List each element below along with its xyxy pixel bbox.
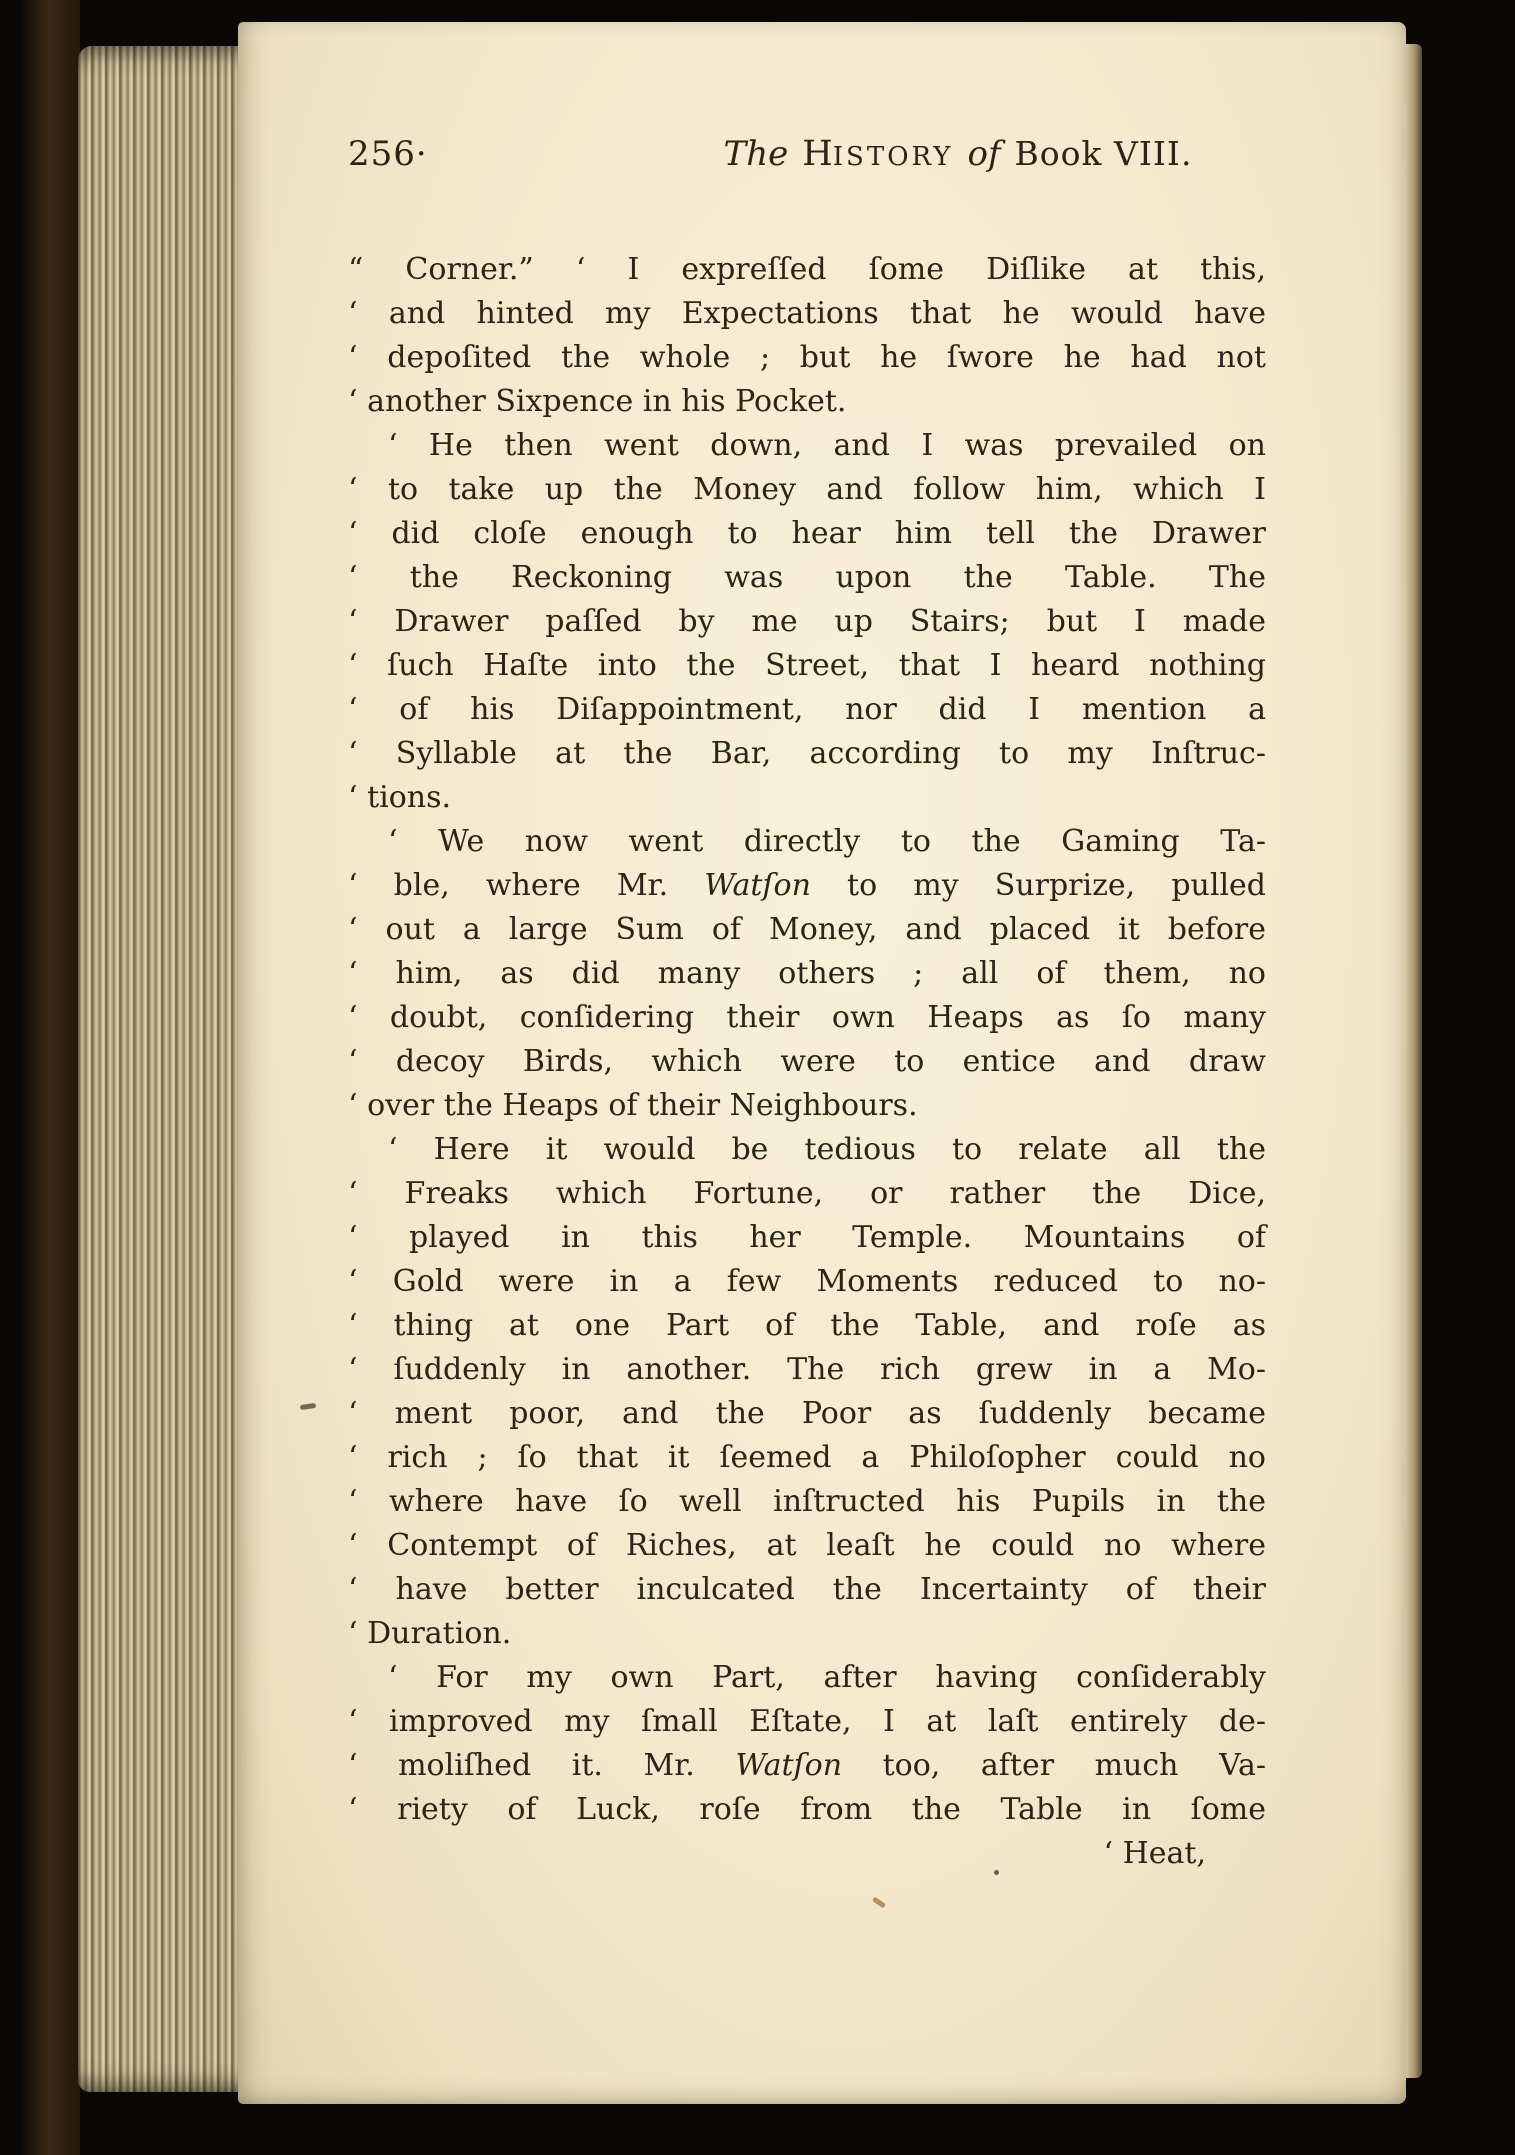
catchword-text: ‘ Heat, xyxy=(1104,1836,1206,1871)
title-of: of xyxy=(967,134,1000,174)
text-line: ‘ out a large Sum of Money, and placed i… xyxy=(348,908,1266,952)
text-line: ‘ have better inculcated the Incertainty… xyxy=(348,1568,1266,1612)
text-line: ‘ Drawer paſſed by me up Stairs; but I m… xyxy=(348,600,1266,644)
text-line: ‘ doubt, conſidering their own Heaps as … xyxy=(348,996,1266,1040)
text-line: ‘ thing at one Part of the Table, and ro… xyxy=(348,1304,1266,1348)
text-line: ‘ to take up the Money and follow him, w… xyxy=(348,468,1266,512)
text-segment: to my Surprize, pulled xyxy=(811,868,1266,903)
paper-speck xyxy=(872,1896,886,1908)
italic-name-watson: Watſon xyxy=(735,1748,842,1783)
text-line: ‘ tions. xyxy=(348,776,1266,820)
page-fore-edge xyxy=(1406,44,1422,2078)
text-segment: ‘ moliſhed it. Mr. xyxy=(348,1748,735,1783)
text-line: ‘ riety of Luck, roſe from the Table in … xyxy=(348,1788,1266,1832)
title-history-rest: ISTORY xyxy=(833,142,954,172)
book-scan: 256· TheHISTORYofBook VIII. “ Corner.” ‘… xyxy=(0,0,1515,2155)
text-line: ‘ played in this her Temple. Mountains o… xyxy=(348,1216,1266,1260)
book-spine xyxy=(22,0,80,2155)
text-line: ‘ Freaks which Fortune, or rather the Di… xyxy=(348,1172,1266,1216)
text-line: ‘ We now went directly to the Gaming Ta- xyxy=(348,820,1266,864)
text-segment: too, after much Va- xyxy=(842,1748,1266,1783)
page-number: 256· xyxy=(348,134,648,174)
text-line: ‘ Here it would be tedious to relate all… xyxy=(348,1128,1266,1172)
page-edge-stack xyxy=(78,46,246,2092)
book-page: 256· TheHISTORYofBook VIII. “ Corner.” ‘… xyxy=(238,22,1406,2104)
ink-mark xyxy=(300,1403,317,1410)
text-line: ‘ another Sixpence in his Pocket. xyxy=(348,380,1266,424)
text-line: ‘ He then went down, and I was prevailed… xyxy=(348,424,1266,468)
text-line: ‘ Syllable at the Bar, according to my I… xyxy=(348,732,1266,776)
text-line: ‘ Contempt of Riches, at leaſt he could … xyxy=(348,1524,1266,1568)
running-header: 256· TheHISTORYofBook VIII. xyxy=(348,134,1268,174)
text-line: ‘ rich ; ſo that it ſeemed a Philoſopher… xyxy=(348,1436,1266,1480)
text-line: ‘ of his Diſappointment, nor did I menti… xyxy=(348,688,1266,732)
running-title: TheHISTORYofBook VIII. xyxy=(648,134,1268,174)
text-line: ‘ ſuch Haſte into the Street, that I hea… xyxy=(348,644,1266,688)
text-line: ‘ did cloſe enough to hear him tell the … xyxy=(348,512,1266,556)
text-line: ‘ Gold were in a few Moments reduced to … xyxy=(348,1260,1266,1304)
text-line: ‘ ment poor, and the Poor as ſuddenly be… xyxy=(348,1392,1266,1436)
text-line: ‘ improved my ſmall Eſtate, I at laſt en… xyxy=(348,1700,1266,1744)
italic-name-watson: Watſon xyxy=(704,868,811,903)
text-line: ‘ For my own Part, after having conſider… xyxy=(348,1656,1266,1700)
text-line: ‘ where have ſo well inſtructed his Pupi… xyxy=(348,1480,1266,1524)
text-line: ‘ ble, where Mr. Watſon to my Surprize, … xyxy=(348,864,1266,908)
text-line: ‘ over the Heaps of their Neighbours. xyxy=(348,1084,1266,1128)
title-book: Book VIII. xyxy=(1015,134,1193,173)
catchword: ‘ Heat, xyxy=(348,1832,1266,1876)
text-segment: ‘ ble, where Mr. xyxy=(348,868,704,903)
title-the: The xyxy=(724,134,789,174)
text-line: ‘ moliſhed it. Mr. Watſon too, after muc… xyxy=(348,1744,1266,1788)
paper-speck xyxy=(994,1870,999,1875)
text-block: “ Corner.” ‘ I expreſſed ſome Diſlike at… xyxy=(348,248,1266,1832)
title-history-initial: H xyxy=(802,134,833,174)
text-line: ‘ and hinted my Expectations that he wou… xyxy=(348,292,1266,336)
text-line: ‘ decoy Birds, which were to entice and … xyxy=(348,1040,1266,1084)
text-line: ‘ the Reckoning was upon the Table. The xyxy=(348,556,1266,600)
text-line: “ Corner.” ‘ I expreſſed ſome Diſlike at… xyxy=(348,248,1266,292)
text-line: ‘ him, as did many others ; all of them,… xyxy=(348,952,1266,996)
text-line: ‘ ſuddenly in another. The rich grew in … xyxy=(348,1348,1266,1392)
text-line: ‘ Duration. xyxy=(348,1612,1266,1656)
text-line: ‘ depoſited the whole ; but he ſwore he … xyxy=(348,336,1266,380)
